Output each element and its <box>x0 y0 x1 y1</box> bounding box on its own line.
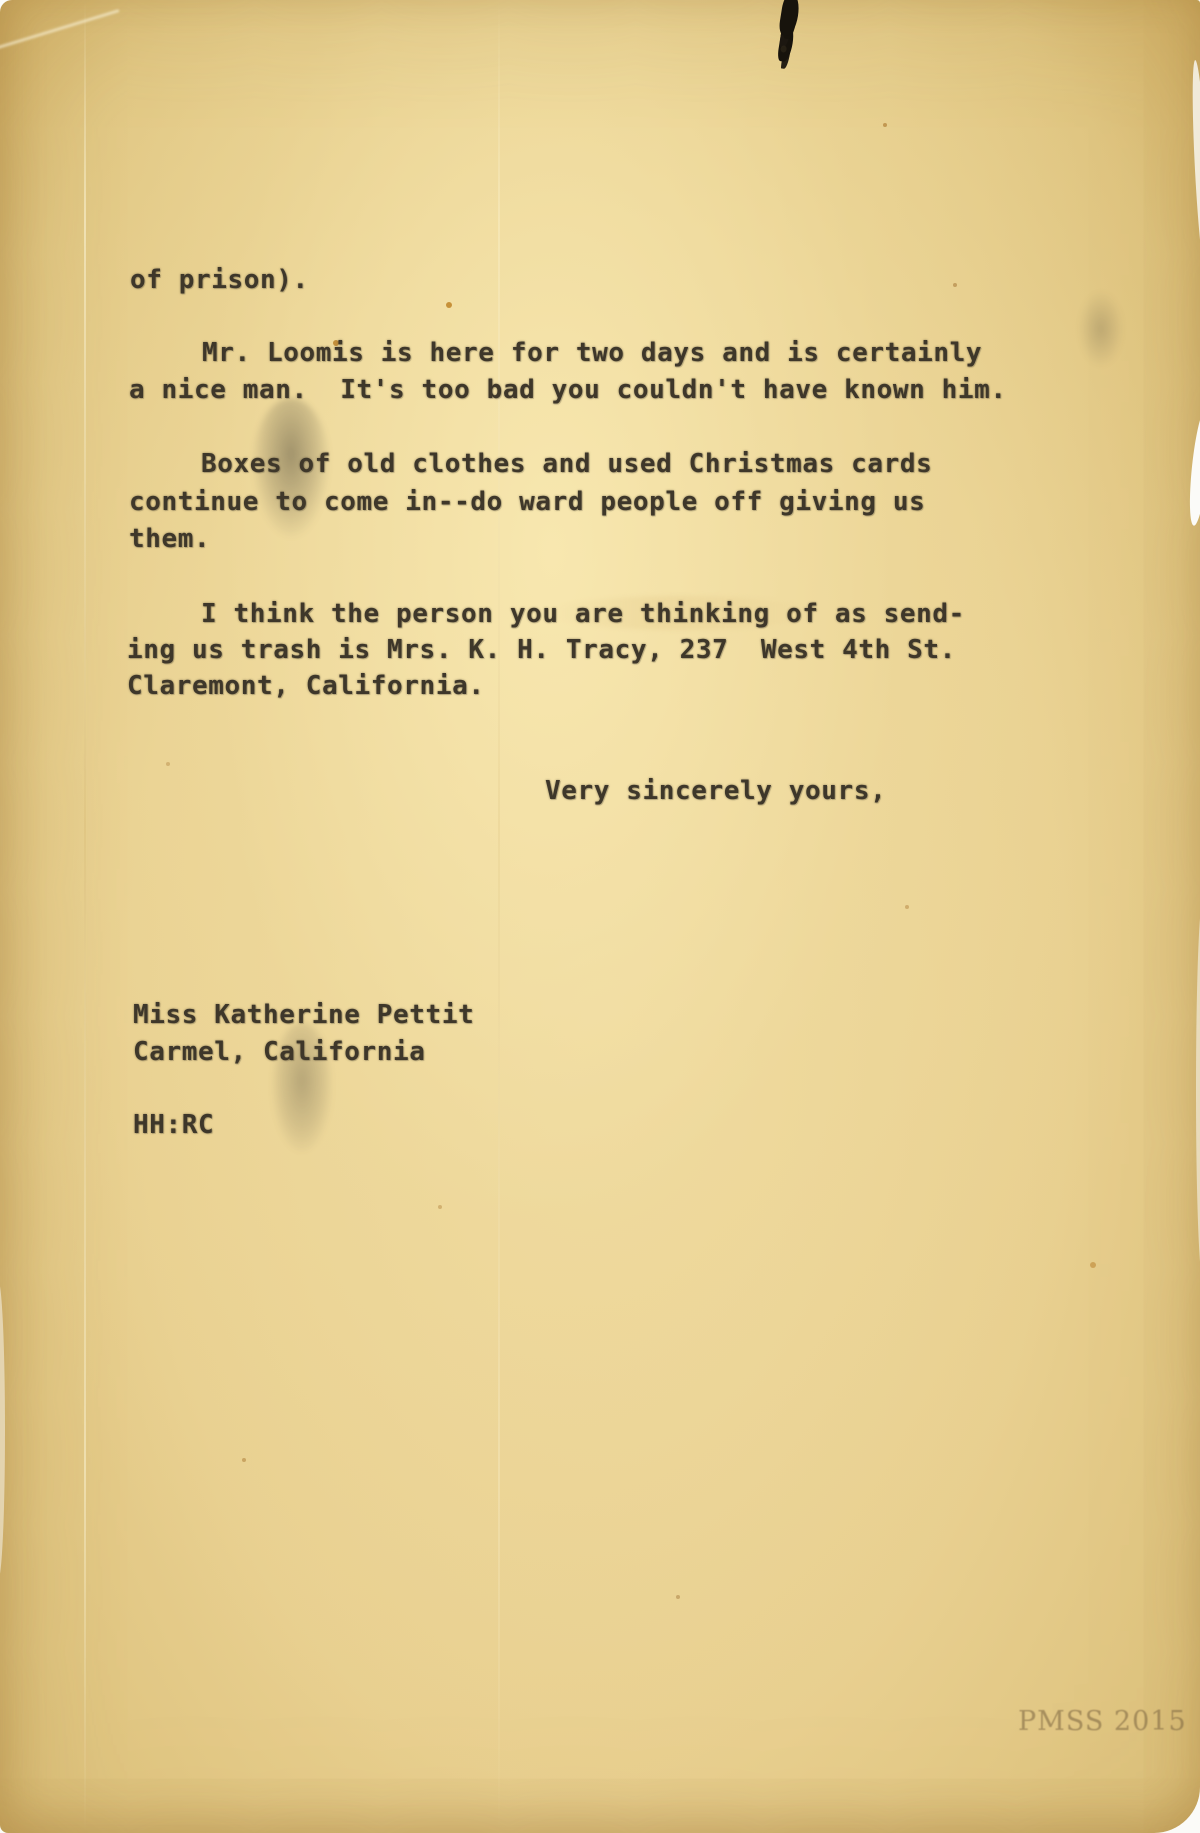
recipient-name: Miss Katherine Pettit <box>133 1000 474 1030</box>
paper-fiber-specks <box>0 0 4 4</box>
letter-closing: Very sincerely yours, <box>545 776 886 806</box>
letter-line-claremont: Claremont, California. <box>127 671 485 701</box>
typist-initials: HH:RC <box>133 1110 214 1140</box>
recipient-city: Carmel, California <box>133 1037 426 1067</box>
letter-line-ing-us-trash: ing us trash is Mrs. K. H. Tracy, 237 We… <box>127 635 956 665</box>
torn-edge <box>1186 407 1200 526</box>
letter-line-boxes: Boxes of old clothes and used Christmas … <box>201 449 932 479</box>
paper-fold-line <box>84 0 86 1833</box>
letter-line-them: them. <box>129 524 210 554</box>
paper-crease <box>0 9 120 50</box>
letter-line-continue: continue to come in--do ward people off … <box>129 487 925 517</box>
letter-line-i-think: I think the person you are thinking of a… <box>201 599 965 629</box>
letter-page: of prison). Mr. Loomis is here for two d… <box>0 0 1200 1833</box>
torn-edge <box>0 1280 5 1580</box>
letter-line-of-prison: of prison). <box>130 265 309 295</box>
paper-fold-line <box>498 0 500 1833</box>
ink-blot <box>778 0 801 37</box>
ink-smudge <box>1078 290 1124 368</box>
torn-edge <box>1189 60 1200 280</box>
torn-edge <box>1196 900 1200 1280</box>
letter-line-mr-loomis: Mr. Loomis is here for two days and is c… <box>202 338 982 368</box>
letter-line-a-nice-man: a nice man. It's too bad you couldn't ha… <box>129 375 1007 405</box>
archive-watermark: PMSS 2015 <box>1018 1706 1187 1737</box>
